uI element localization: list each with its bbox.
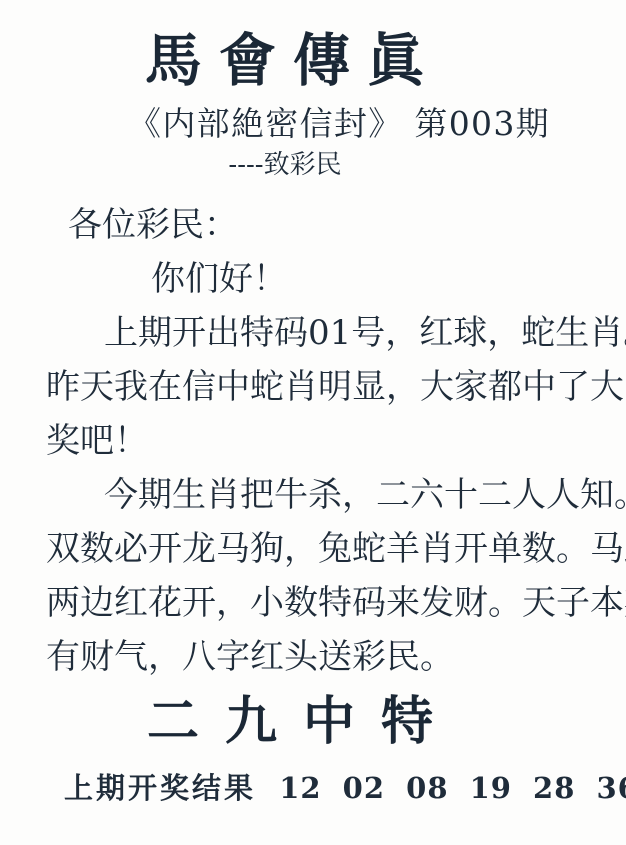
- body-line-6: 两边红花开，小数特码来发财。天子本期: [46, 576, 584, 630]
- results-numbers: 12 02 08 19 28 36: [279, 771, 626, 805]
- body-line-4: 今期生肖把牛杀，二六十二人人知。: [104, 468, 584, 522]
- letter-body: 各位彩民： 你们好！ 上期开出特码01号，红球，蛇生肖。 昨天我在信中蛇肖明显，…: [0, 198, 626, 684]
- results-line: 上期开奖结果 12 02 08 19 28 36 特01: [0, 768, 626, 808]
- dedication-line: ----致彩民: [0, 149, 598, 183]
- body-line-2: 昨天我在信中蛇肖明显，大家都中了大: [46, 360, 584, 414]
- body-line-1: 上期开出特码01号，红球，蛇生肖。: [104, 306, 584, 360]
- greeting: 你们好！: [151, 252, 584, 306]
- document-subtitle: 《内部絶密信封》 第003期: [26, 102, 626, 147]
- body-line-5: 双数必开龙马狗，兔蛇羊肖开单数。马路: [46, 522, 584, 576]
- salutation: 各位彩民：: [68, 198, 584, 252]
- document-title: 馬會傳眞: [0, 24, 606, 98]
- body-line-7: 有财气，八字红头送彩民。: [46, 630, 584, 684]
- body-line-3: 奖吧！: [46, 414, 584, 468]
- fax-document: 馬會傳眞 《内部絶密信封》 第003期 ----致彩民 各位彩民： 你们好！ 上…: [0, 0, 626, 845]
- prediction-text: 二九中特: [0, 688, 616, 756]
- document-header: 馬會傳眞 《内部絶密信封》 第003期 ----致彩民: [0, 0, 626, 182]
- results-label: 上期开奖结果: [64, 771, 256, 805]
